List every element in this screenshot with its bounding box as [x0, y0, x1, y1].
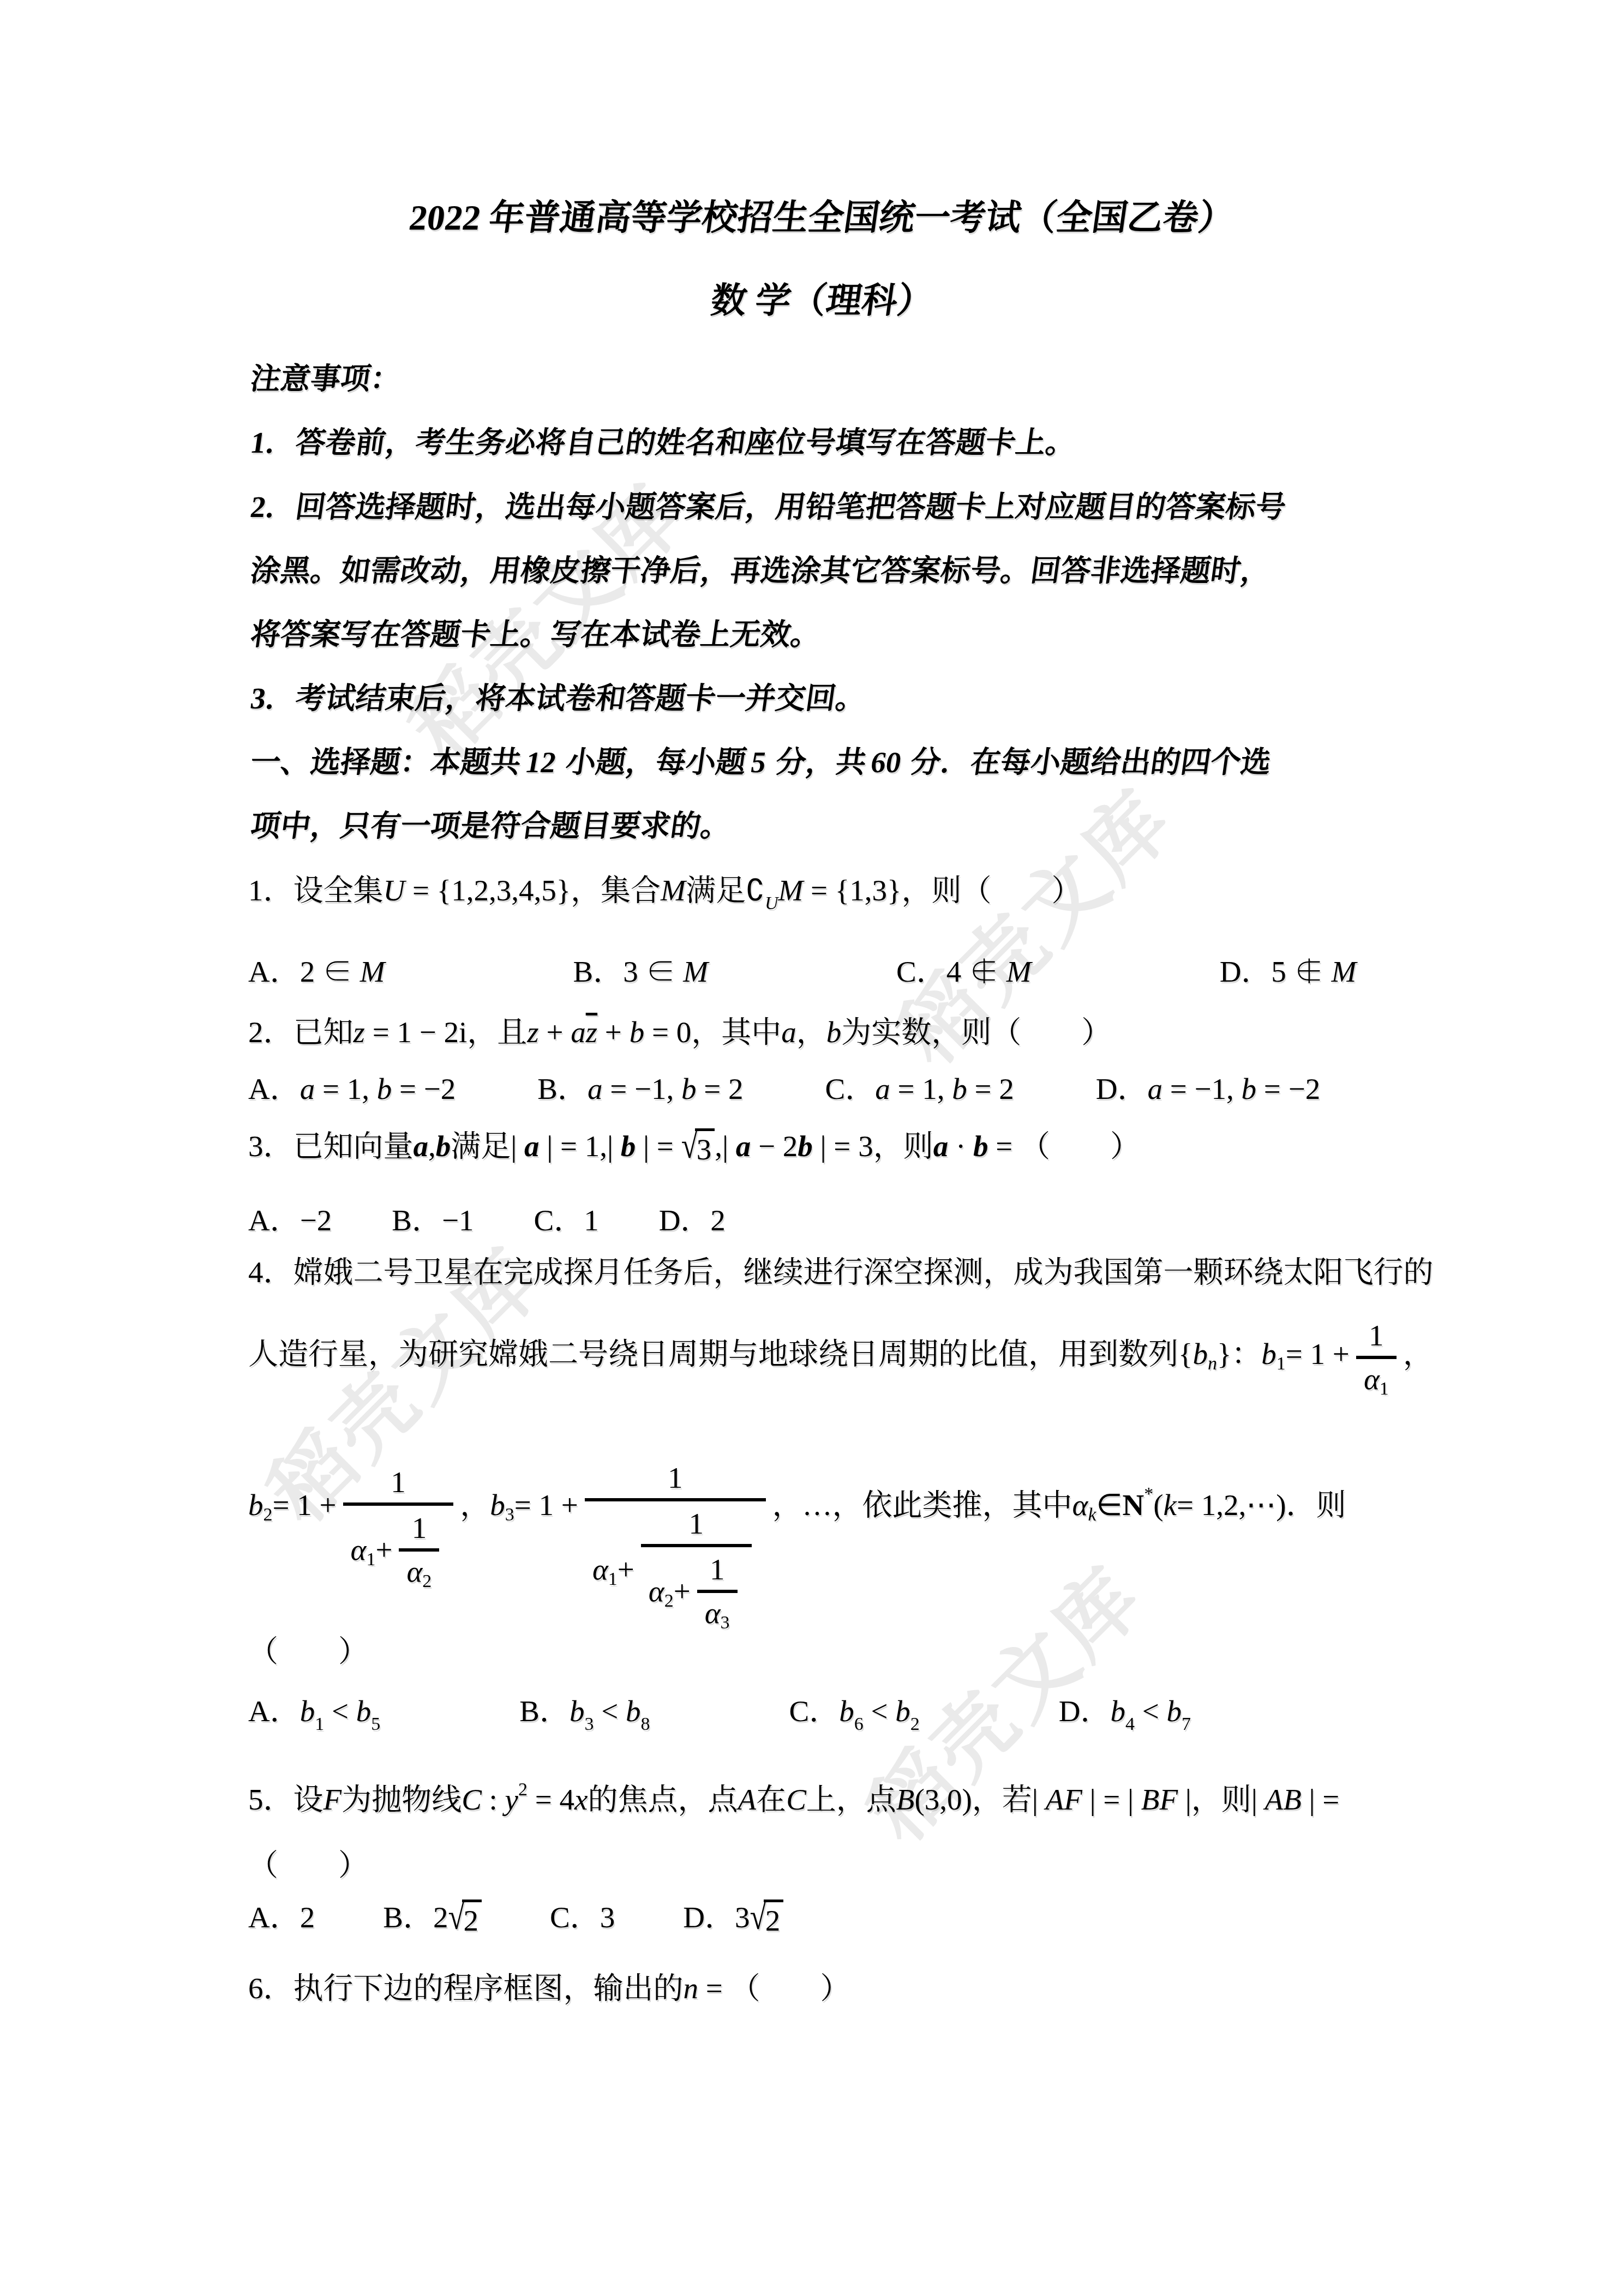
text-run: D．3 — [683, 1901, 750, 1934]
text-run: 注意事项： — [248, 361, 403, 397]
text-run: + — [597, 1015, 630, 1049]
text-run: C．4 — [896, 955, 961, 988]
text-run: = 1 + — [1286, 1336, 1350, 1372]
text-run: b — [626, 1694, 641, 1728]
text-run: 2 — [910, 1714, 920, 1734]
question-5-options-A: A．2 — [248, 1900, 315, 1936]
text-run: 项中，只有一项是符合题目要求的。 — [248, 808, 733, 844]
text-run: + — [618, 1552, 634, 1588]
text-run: · — [948, 1129, 973, 1163]
fraction: 1α2 — [399, 1508, 439, 1592]
question-4-answer-blank: （ ） — [248, 1633, 1389, 1669]
text-run: | = 3 — [813, 1129, 873, 1163]
fraction: 1α1 + 1α2 + 1α3 — [585, 1458, 766, 1638]
question-4-line-3: b2 = 1 + 1α1 + 1α2，b3 = 1 + 1α1 + 1α2 + … — [248, 1415, 1389, 1595]
text-run: 1 — [366, 1542, 375, 1578]
text-run: 6．执行下边的程序框图，输出的 — [248, 1972, 684, 2005]
text-run: B． — [537, 1072, 588, 1105]
text-run: N — [1123, 1487, 1144, 1523]
text-run: 的焦点，点 — [588, 1783, 738, 1816]
text-run: 1 — [1380, 1371, 1389, 1407]
square-root: √3 — [681, 1128, 715, 1168]
text-run: + — [539, 1015, 571, 1049]
text-run: z — [527, 1015, 538, 1049]
text-run: b — [839, 1694, 854, 1728]
text-run: 4．嫦娥二号卫星在完成探月任务后，继续进行深空探测，成为我国第一颗环绕太阳飞行的 — [248, 1255, 1434, 1289]
text-run: 1 — [1369, 1318, 1384, 1354]
question-3-options-A: A．−2 — [248, 1203, 332, 1239]
text-run: α — [649, 1573, 664, 1609]
text-run: U — [765, 893, 778, 913]
text-run: 分，共 — [774, 744, 868, 780]
text-run: 60 — [864, 746, 909, 779]
text-run: 3．考试结束后，将本试卷和答题卡一并交回。 — [248, 681, 868, 717]
radical-sign: √ — [750, 1895, 766, 1939]
text-run: 1 — [608, 1561, 618, 1597]
text-run: = 2 — [967, 1072, 1014, 1105]
text-run: z — [353, 1015, 365, 1049]
radical-sign: √ — [681, 1123, 698, 1168]
text-run: C．1 — [534, 1204, 598, 1237]
text-run: ，其中 — [691, 1015, 781, 1049]
text-run: y — [505, 1783, 518, 1816]
text-run: D．5 — [1220, 955, 1286, 988]
text-run: 2 — [664, 1583, 674, 1619]
notice-heading: 注意事项： — [248, 361, 1389, 397]
text-run: ∉ — [1286, 955, 1332, 988]
text-run: A． — [248, 1694, 300, 1728]
exam-document-page: 稻壳文库稻壳文库稻壳文库稻壳文库 2022 年普通高等学校招生全国统一考试（全国… — [0, 0, 1624, 2296]
text-run: x — [574, 1783, 588, 1816]
section-1-heading-line-2: 项中，只有一项是符合题目要求的。 — [248, 808, 1389, 844]
text-run: F — [323, 1783, 342, 1816]
text-run: ，…， — [772, 1487, 862, 1523]
square-root: √2 — [448, 1900, 482, 1939]
text-run: 3 — [721, 1605, 730, 1641]
text-run: } — [1217, 1336, 1231, 1372]
text-run: ， — [1403, 1336, 1433, 1372]
text-run: A．2 — [248, 955, 315, 988]
radical-sign: √ — [448, 1895, 464, 1939]
fraction: 1α3 — [697, 1549, 738, 1633]
text-run: 2 — [518, 1780, 528, 1800]
text-run: b — [973, 1129, 988, 1163]
text-run: ，且 — [467, 1015, 527, 1049]
question-2-options-C: C．a = 1, b = 2 — [825, 1071, 1014, 1107]
text-run: 2 — [422, 1564, 432, 1600]
text-run: 1 — [1277, 1346, 1286, 1382]
text-run: a — [933, 1129, 949, 1163]
radicand: 2 — [462, 1900, 482, 1939]
text-run: 人造行星，为研究嫦娥二号绕日周期与地球绕日周期的比值，用到数列 — [248, 1336, 1178, 1372]
text-run: 3 — [505, 1497, 514, 1533]
text-run: 分．在每小题给出的四个选 — [908, 744, 1273, 780]
text-run: n — [684, 1972, 699, 2005]
text-run: a — [571, 1015, 586, 1049]
text-run: 1．答卷前，考生务必将自己的姓名和座位号填写在答题卡上。 — [248, 425, 1078, 461]
text-run: = — [988, 1129, 1020, 1163]
text-run: b — [377, 1072, 392, 1105]
exam-content: 2022 年普通高等学校招生全国统一考试（全国乙卷） 数 学（理科） 注意事项：… — [0, 196, 1624, 2006]
text-run: A — [738, 1783, 757, 1816]
question-5-options: A．2B．2√2C．3D．3√2 — [248, 1900, 1389, 1939]
text-run: D．2 — [659, 1204, 726, 1237]
text-run: = 1 − 2i — [365, 1015, 467, 1049]
text-run: （ ） — [248, 1634, 368, 1668]
text-run: AB — [1265, 1783, 1302, 1816]
text-run: a — [781, 1015, 796, 1049]
question-4-line-1: 4．嫦娥二号卫星在完成探月任务后，继续进行深空探测，成为我国第一颗环绕太阳飞行的 — [248, 1254, 1389, 1290]
text-run: b — [1166, 1694, 1182, 1728]
text-run: b — [826, 1015, 842, 1049]
text-run: BF — [1141, 1783, 1178, 1816]
text-run: b — [1192, 1336, 1208, 1372]
text-run: 6 — [854, 1714, 864, 1734]
text-run: 小题，每小题 — [564, 744, 748, 780]
radicand: 2 — [764, 1900, 784, 1939]
text-run: D． — [1096, 1072, 1148, 1105]
text-run: < — [324, 1694, 356, 1728]
text-run: a — [875, 1072, 890, 1105]
text-run: | — [1251, 1783, 1265, 1816]
text-run: 3．已知向量 — [248, 1129, 414, 1163]
text-run: α — [351, 1532, 367, 1568]
question-3-options: A．−2B．−1C．1D．2 — [248, 1203, 1389, 1239]
text-run: 为实数，则（ ） — [841, 1015, 1111, 1049]
text-run: 8 — [640, 1714, 650, 1734]
notice-item-2-line-1: 2．回答选择题时，选出每小题答案后，用铅笔把答题卡上对应题目的答案标号 — [248, 489, 1389, 525]
text-run: b — [1242, 1072, 1257, 1105]
question-1-options-D: D．5 ∉ M — [1220, 954, 1357, 990]
question-4-options-A: A．b1 < b5 — [248, 1693, 380, 1742]
text-run: B．−1 — [392, 1204, 474, 1237]
text-run: 7 — [1182, 1714, 1191, 1734]
text-run: = 1, — [890, 1072, 952, 1105]
text-run: = {1,3} — [803, 874, 901, 907]
text-run: (3,0) — [914, 1783, 972, 1816]
exam-title-text: 2022 年普通高等学校招生全国统一考试（全国乙卷） — [406, 196, 1237, 240]
text-run: − 2 — [751, 1129, 798, 1163]
radicand: 3 — [695, 1128, 715, 1168]
text-run: A． — [248, 1072, 300, 1105]
text-run: 2．回答选择题时，选出每小题答案后，用铅笔把答题卡上对应题目的答案标号 — [248, 489, 1289, 525]
text-run: B． — [519, 1694, 570, 1728]
text-run: = 1,2,⋯)． — [1177, 1487, 1316, 1523]
text-run: = 1 + — [273, 1487, 337, 1523]
text-run: | = — [636, 1129, 681, 1163]
text-run: 2 — [263, 1497, 273, 1533]
text-run: = 4 — [528, 1783, 574, 1816]
text-run: b — [1110, 1694, 1125, 1728]
text-run: B．2 — [383, 1901, 448, 1934]
text-run: 2．已知 — [248, 1015, 353, 1049]
text-run: （ ） — [1020, 1129, 1140, 1163]
question-2: 2．已知z = 1 − 2i，且z + az + b = 0，其中a，b为实数，… — [248, 1014, 1389, 1050]
text-run: A．−2 — [248, 1204, 332, 1237]
fraction: 1α2 + 1α3 — [641, 1504, 752, 1636]
fraction: 1α1 + 1α2 — [343, 1462, 454, 1594]
text-run: 依此类推，其中 — [862, 1487, 1072, 1523]
text-run: = 0 — [644, 1015, 691, 1049]
question-1-options-A: A．2 ∈ M — [248, 954, 385, 990]
text-run: C．3 — [550, 1901, 615, 1934]
text-run: < — [1135, 1694, 1167, 1728]
question-5-options-C: C．3 — [550, 1900, 615, 1936]
text-run: D． — [1059, 1694, 1111, 1728]
text-run: B．3 — [573, 955, 638, 988]
notice-item-2-line-3: 将答案写在答题卡上。写在本试卷上无效。 — [248, 617, 1389, 653]
text-run: ∈ — [638, 955, 684, 988]
question-5: 5．设F为抛物线C : y2 = 4x的焦点，点A在C上，点B(3,0)，若| … — [248, 1772, 1389, 1818]
text-run: C． — [825, 1072, 876, 1105]
text-run: < — [594, 1694, 626, 1728]
text-run: ∈ — [1096, 1487, 1123, 1523]
exam-body: 注意事项：1．答卷前，考生务必将自己的姓名和座位号填写在答题卡上。2．回答选择题… — [248, 361, 1389, 2006]
text-run: + — [674, 1573, 691, 1609]
text-run: { — [1178, 1336, 1192, 1372]
question-3-options-C: C．1 — [534, 1203, 598, 1239]
text-run: b — [300, 1694, 315, 1728]
text-run: = −1, — [603, 1072, 682, 1105]
text-run: ,| — [715, 1129, 736, 1163]
text-run: α — [1072, 1487, 1088, 1523]
text-run: k — [1164, 1487, 1177, 1523]
text-run: 涂黑。如需改动，用橡皮擦干净后，再选涂其它答案标号。回答非选择题时， — [248, 553, 1273, 589]
text-run: AF — [1046, 1783, 1082, 1816]
question-5-answer-blank: （ ） — [248, 1847, 1389, 1883]
text-run: < — [864, 1694, 896, 1728]
text-run: M — [778, 874, 804, 907]
text-run: M — [661, 874, 686, 907]
text-run: 1．设全集 — [248, 874, 383, 907]
text-run: ： — [1231, 1336, 1261, 1372]
text-run: 满足 — [686, 874, 746, 907]
text-run: + — [375, 1532, 392, 1568]
text-run: M — [1006, 955, 1032, 988]
question-4-line-2: 人造行星，为研究嫦娥二号绕日周期与地球绕日周期的比值，用到数列{bn}：b1 =… — [248, 1312, 1389, 1396]
question-5-options-D: D．3√2 — [683, 1900, 783, 1939]
text-run: b — [436, 1129, 451, 1163]
text-run: U — [383, 874, 405, 907]
text-run: 5．设 — [248, 1783, 323, 1816]
text-run: b — [630, 1015, 645, 1049]
question-1-options: A．2 ∈ MB．3 ∈ MC．4 ∉ MD．5 ∉ M — [248, 954, 1389, 990]
text-run: 3 — [584, 1714, 594, 1734]
text-run: : — [482, 1783, 505, 1816]
text-run: 1 — [412, 1510, 427, 1546]
text-run: ∉ — [961, 955, 1006, 988]
text-run: 12 — [518, 746, 564, 779]
text-run: b — [621, 1129, 636, 1163]
text-run: b — [356, 1694, 371, 1728]
section-1-heading-line-1: 一、选择题：本题共 12 小题，每小题 5 分，共 60 分．在每小题给出的四个… — [248, 744, 1389, 780]
text-run: = 2 — [697, 1072, 744, 1105]
text-run: 在 — [756, 1783, 786, 1816]
text-run: C — [786, 1783, 806, 1816]
text-run: α — [1364, 1361, 1380, 1397]
question-3: 3．已知向量a,b满足| a | = 1,| b | = √3,| a − 2b… — [248, 1128, 1389, 1168]
text-run: b — [1261, 1336, 1277, 1372]
question-5-options-B: B．2√2 — [383, 1900, 482, 1939]
exam-subtitle: 数 学（理科） — [248, 279, 1389, 323]
notice-item-3: 3．考试结束后，将本试卷和答题卡一并交回。 — [248, 681, 1389, 717]
fraction: 1α1 — [1356, 1315, 1397, 1399]
text-run: （ ） — [730, 1972, 850, 2005]
text-run: 1 — [710, 1552, 725, 1588]
question-3-options-D: D．2 — [659, 1203, 726, 1239]
text-run: ( — [1153, 1487, 1163, 1523]
text-run: 5 — [744, 746, 774, 779]
text-run: a — [414, 1129, 429, 1163]
question-4-options-B: B．b3 < b8 — [519, 1693, 650, 1742]
text-run: 将答案写在答题卡上。写在本试卷上无效。 — [248, 617, 823, 653]
text-run: = — [698, 1972, 730, 2005]
text-run: α — [592, 1552, 608, 1588]
text-run: 1 — [315, 1714, 324, 1734]
text-run: a — [300, 1072, 315, 1105]
text-run: a — [1148, 1072, 1163, 1105]
text-run: 满足 — [451, 1129, 511, 1163]
question-1-options-B: B．3 ∈ M — [573, 954, 709, 990]
text-run: = 1, — [315, 1072, 377, 1105]
text-run: 一、选择题：本题共 — [248, 744, 523, 780]
exam-title: 2022 年普通高等学校招生全国统一考试（全国乙卷） — [248, 196, 1389, 240]
question-4-options: A．b1 < b5B．b3 < b8C．b6 < b2D．b4 < b7 — [248, 1693, 1389, 1742]
text-run: b — [570, 1694, 585, 1728]
text-run: = 1 + — [514, 1487, 578, 1523]
question-1: 1．设全集U = {1,2,3,4,5}，集合M满足∁UM = {1,3}，则（… — [248, 873, 1389, 922]
question-4-options-C: C．b6 < b2 — [789, 1693, 919, 1742]
text-run: B — [896, 1783, 915, 1816]
text-run: z — [586, 1015, 597, 1049]
text-run: 则 — [1316, 1487, 1346, 1523]
text-run: a — [736, 1129, 751, 1163]
text-run: ，若 — [972, 1783, 1032, 1816]
text-run: C． — [789, 1694, 839, 1728]
text-run: M — [360, 955, 385, 988]
text-run: b — [490, 1487, 505, 1523]
question-2-options-A: A．a = 1, b = −2 — [248, 1071, 456, 1107]
text-run: b — [248, 1487, 263, 1523]
text-run: a — [524, 1129, 540, 1163]
text-run: | — [511, 1129, 524, 1163]
question-1-options-C: C．4 ∉ M — [896, 954, 1032, 990]
text-run: M — [683, 955, 708, 988]
text-run: 1 — [391, 1464, 406, 1500]
question-2-options-B: B．a = −1, b = 2 — [537, 1071, 743, 1107]
text-run: ∁ — [746, 874, 765, 907]
text-run: ，则 — [1191, 1783, 1251, 1816]
text-run: 5 — [371, 1714, 380, 1734]
text-run: M — [1331, 955, 1356, 988]
text-run: ， — [460, 1487, 490, 1523]
text-run: （ ） — [248, 1848, 368, 1882]
exam-subtitle-text: 数 学（理科） — [708, 279, 936, 323]
text-run: = {1,2,3,4,5} — [405, 874, 571, 907]
square-root: √2 — [750, 1900, 784, 1939]
text-run: b — [952, 1072, 967, 1105]
notice-item-2-line-2: 涂黑。如需改动，用橡皮擦干净后，再选涂其它答案标号。回答非选择题时， — [248, 553, 1389, 589]
text-run: , — [428, 1129, 436, 1163]
text-run: = −2 — [392, 1072, 456, 1105]
text-run: k — [1088, 1497, 1096, 1533]
text-run: A．2 — [248, 1901, 315, 1934]
notice-item-1: 1．答卷前，考生务必将自己的姓名和座位号填写在答题卡上。 — [248, 425, 1389, 461]
question-4-options-D: D．b4 < b7 — [1059, 1693, 1191, 1742]
text-run: | — [1032, 1783, 1046, 1816]
text-run: ，则（ ） — [901, 874, 1081, 907]
text-run: α — [705, 1595, 721, 1631]
text-run: a — [588, 1072, 603, 1105]
question-2-options: A．a = 1, b = −2B．a = −1, b = 2C．a = 1, b… — [248, 1071, 1389, 1107]
text-run: = −2 — [1256, 1072, 1320, 1105]
text-run: ， — [796, 1015, 826, 1049]
text-run: α — [406, 1554, 422, 1590]
text-run: ，则 — [873, 1129, 933, 1163]
text-run: * — [1144, 1476, 1153, 1512]
question-3-options-B: B．−1 — [392, 1203, 474, 1239]
text-run: ，集合 — [571, 874, 661, 907]
text-run: | — [1178, 1783, 1191, 1816]
text-run: ∈ — [315, 955, 360, 988]
text-run: | = — [1302, 1783, 1340, 1816]
text-run: 1 — [668, 1460, 683, 1496]
text-run: 4 — [1125, 1714, 1135, 1734]
text-run: C — [462, 1783, 482, 1816]
text-run: | = 1,| — [540, 1129, 621, 1163]
text-run: | = | — [1082, 1783, 1141, 1816]
text-run: 上，点 — [806, 1783, 896, 1816]
text-run: b — [798, 1129, 813, 1163]
text-run: 为抛物线 — [341, 1783, 462, 1816]
question-6: 6．执行下边的程序框图，输出的n = （ ） — [248, 1970, 1389, 2006]
text-run: = −1, — [1162, 1072, 1242, 1105]
text-run: b — [681, 1072, 697, 1105]
text-run: n — [1208, 1346, 1217, 1382]
text-run: 1 — [688, 1506, 704, 1542]
text-run: b — [895, 1694, 910, 1728]
question-2-options-D: D．a = −1, b = −2 — [1096, 1071, 1320, 1107]
